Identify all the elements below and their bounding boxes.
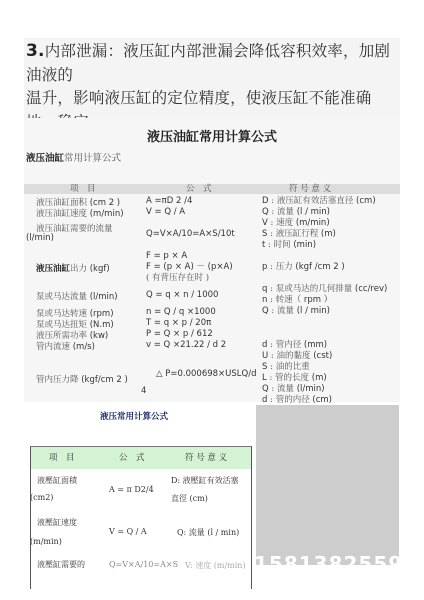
symbol-def: U : 油的黏度 (cst) [262, 351, 332, 362]
table-row-item: 泵或马达流量 (l/min) [36, 290, 118, 302]
formula-tail: 4 [141, 386, 146, 397]
symbol-def: p : 压力 (kgf /cm 2 ) [262, 262, 345, 273]
symbol-def: Q : 流量 (l / min) [262, 306, 330, 317]
formula: △ P=0.000698×USLQ/d [156, 369, 256, 380]
header-formula: 公 式 [186, 184, 212, 194]
document-title: 液压油缸常用计算公式 [0, 126, 424, 145]
formula: v = Q ×21.22 / d 2 [146, 340, 226, 351]
symbol-def: V : 速度 (m/min) [262, 218, 330, 229]
formula: T = q × p / 20π [146, 318, 211, 329]
symbol-def: t : 时间 (min) [262, 240, 316, 251]
table-cell: (cm2) [30, 493, 53, 502]
symbol-def: Q : 流量 (l / min) [262, 207, 330, 218]
table-cell: (m/min) [30, 537, 62, 546]
symbol-def: Q : 流量 (l/min) [262, 384, 325, 395]
table-cell: A = π D2/4 [109, 485, 154, 494]
symbol-def: q : 泵或马达的几何排量 (cc/rev) [262, 284, 387, 295]
formula: V = Q / A [146, 207, 185, 218]
table-cell: Q: 流量 (l / min) [177, 527, 239, 538]
watermark-text: 1581382559 [254, 552, 403, 576]
table-header: 项 目 公 式 符 号 意 义 [24, 184, 400, 194]
formula: A =πD 2 /4 [146, 196, 192, 207]
document-subtitle: 液压油缸常用计算公式 [26, 150, 121, 164]
formula: Q=V×A/10=A×S/10t [146, 229, 235, 240]
table-row-item: 管内流速 (m/s) [36, 340, 95, 352]
header-symbol: 符 号 意 义 [289, 184, 331, 194]
subtitle-rest: 常用计算公式 [64, 153, 121, 164]
second-table-header: 项 目 公 式 符 号 意 义 [31, 447, 251, 469]
symbol-def: S : 液压缸行程 (m) [262, 229, 336, 240]
table-cell: 液壓缸需要的 [37, 559, 85, 570]
image-placeholder [256, 405, 399, 565]
formula: F = (p × A) － (p×A) [146, 262, 233, 273]
table-cell: 液壓缸面積 [37, 475, 77, 486]
table-row-item: 液压油缸出力 (kgf) [36, 262, 110, 274]
symbol-def: S : 油的比重 [262, 362, 310, 373]
intro-number: 3. [26, 41, 45, 61]
symbol-def: L : 管的长度 (m) [262, 373, 327, 384]
table-cell: 液壓缸速度 [37, 517, 77, 528]
symbol-def: d : 管内径 (mm) [262, 340, 327, 351]
second-document-title: 液压常用计算公式 [100, 410, 168, 422]
symbol-def: d : 管的内径 (cm) [262, 395, 332, 406]
table-cell: Q=V×A/10=A×S [109, 560, 178, 569]
formula: F = p × A [146, 251, 187, 262]
table-cell: 直徑 (cm) [171, 493, 208, 504]
table-cell: D: 液壓缸有效活塞 [171, 475, 239, 486]
formula: Q = q × n / 1000 [146, 290, 218, 301]
table-row-item: 管内压力降 (kgf/cm 2 ) [36, 373, 128, 385]
intro-line: 内部泄漏：液压缸内部泄漏会降低容积效率，加剧油液的 [26, 42, 390, 84]
table-cell: V = Q / A [109, 527, 147, 536]
symbol-def: n : 转速（ rpm ） [262, 295, 332, 306]
second-formula-table: 项 目 公 式 符 号 意 义 液壓缸面積 (cm2) A = π D2/4 D… [30, 446, 252, 589]
formula: P = Q × p / 612 [146, 329, 213, 340]
formula-note: ( 有背压存在时 ) [146, 273, 209, 284]
formula: n = Q / q ×1000 [146, 307, 216, 318]
table-cell: V: 速度 (m/min) [185, 560, 246, 571]
subtitle-bold: 液压油缸 [26, 153, 64, 164]
table-row-item: 液压油缸速度 (m/min) [36, 207, 124, 219]
header-item: 项 目 [70, 184, 96, 194]
symbol-def: D : 液压缸有效活塞直径 (cm) [262, 196, 376, 207]
table-row-item-unit: (l/min) [26, 233, 54, 243]
